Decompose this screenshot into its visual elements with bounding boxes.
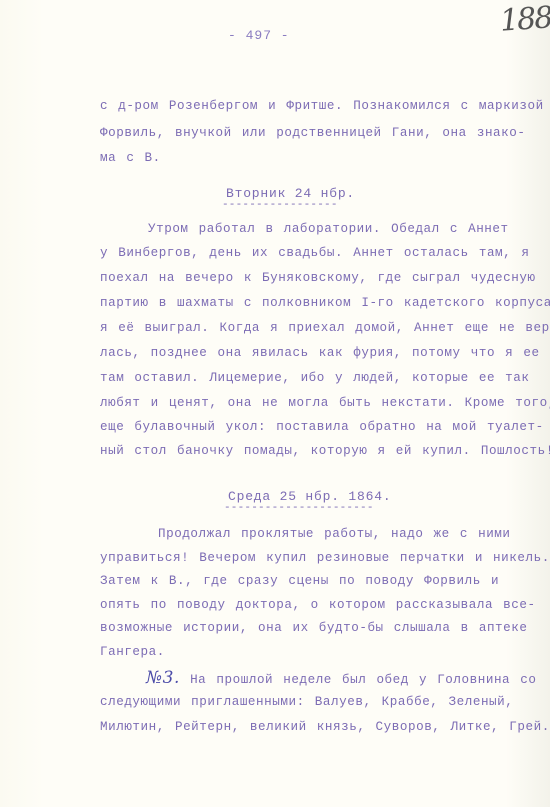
archive-folio-number: 188 <box>499 0 550 38</box>
text-line: ма с В. <box>100 151 161 165</box>
text-line: еще булавочный укол: поставила обратно н… <box>100 420 544 434</box>
text-line: любят и ценят, она не могла быть некстат… <box>100 396 550 410</box>
note-handwritten-mark: №3. <box>146 668 180 688</box>
text-line: с д-ром Розенбергом и Фритше. Познакомил… <box>100 99 544 113</box>
heading-underline: ---------------------- <box>224 502 374 514</box>
text-line: Форвиль, внучкой или родственницей Гани,… <box>100 126 525 140</box>
text-line: поехал на вечеро к Буняковскому, где сыг… <box>100 271 536 285</box>
note-first-line: №3. На прошлой неделе был обед у Головни… <box>146 668 536 688</box>
text-line: Гангера. <box>100 645 165 659</box>
text-line: Продолжал проклятые работы, надо же с ни… <box>158 527 511 541</box>
text-line: у Винбергов, день их свадьбы. Аннет оста… <box>100 246 529 260</box>
text-line: я её выиграл. Когда я приехал домой, Анн… <box>100 321 550 335</box>
text-line: Затем к В., где сразу сцены по поводу Фо… <box>100 574 499 588</box>
text-line: лась, позднее она явилась как фурия, пот… <box>100 346 540 360</box>
text-line: управиться! Вечером купил резиновые перч… <box>100 551 550 565</box>
text-line: Утром работал в лаборатории. Обедал с Ан… <box>148 222 509 236</box>
text-line: опять по поводу доктора, о котором расск… <box>100 598 536 612</box>
text-line: Милютин, Рейтерн, великий князь, Суворов… <box>100 720 550 734</box>
text-line: На прошлой неделе был обед у Головнина с… <box>190 673 536 687</box>
page-number: - 497 - <box>228 28 290 43</box>
text-line: ный стол баночку помады, которую я ей ку… <box>100 444 550 458</box>
text-line: возможные истории, она их будто-бы слыша… <box>100 621 527 635</box>
text-line: партию в шахматы с полковником I-го каде… <box>100 296 550 310</box>
text-line: там оставил. Лицемерие, ибо у людей, кот… <box>100 371 529 385</box>
text-line: следующими приглашенными: Валуев, Краббе… <box>100 695 513 709</box>
heading-underline: ----------------- <box>222 199 338 211</box>
